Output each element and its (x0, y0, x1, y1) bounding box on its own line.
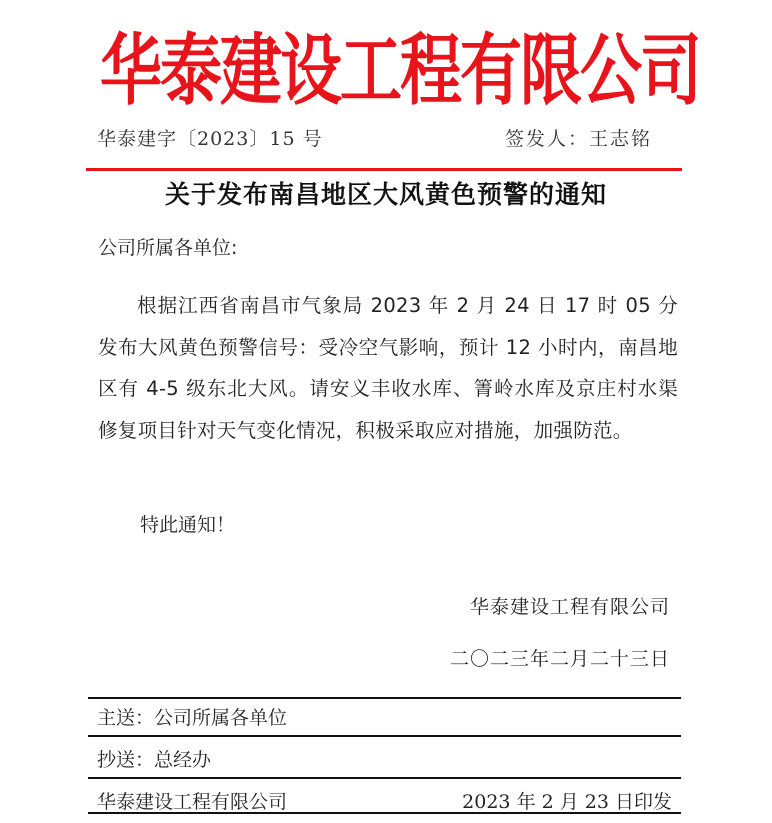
issuer: 华泰建设工程有限公司 (97, 787, 287, 814)
footer-divider (88, 735, 681, 737)
signature-company: 华泰建设工程有限公司 (470, 592, 670, 619)
cc-recipient: 抄送：总经办 (97, 745, 211, 772)
footer-divider (88, 777, 681, 779)
salutation: 公司所属各单位: (98, 233, 237, 260)
document-title: 关于发布南昌地区大风黄色预警的通知 (0, 175, 772, 211)
body-paragraph: 根据江西省南昌市气象局 2023 年 2 月 24 日 17 时 05 分发布大… (98, 285, 678, 451)
red-divider (86, 168, 682, 171)
company-masthead: 华泰建设工程有限公司 (100, 8, 670, 133)
signer: 签发人：王志铭 (505, 124, 652, 151)
print-date: 2023 年 2 月 23 日印发 (462, 787, 672, 814)
footer-divider (88, 812, 681, 814)
document-number: 华泰建字〔2023〕15 号 (97, 124, 323, 151)
signature-date: 二〇二三年二月二十三日 (450, 644, 670, 671)
closing-line: 特此通知！ (140, 510, 235, 537)
footer-divider (88, 697, 681, 699)
main-recipient: 主送：公司所属各单位 (97, 703, 287, 730)
